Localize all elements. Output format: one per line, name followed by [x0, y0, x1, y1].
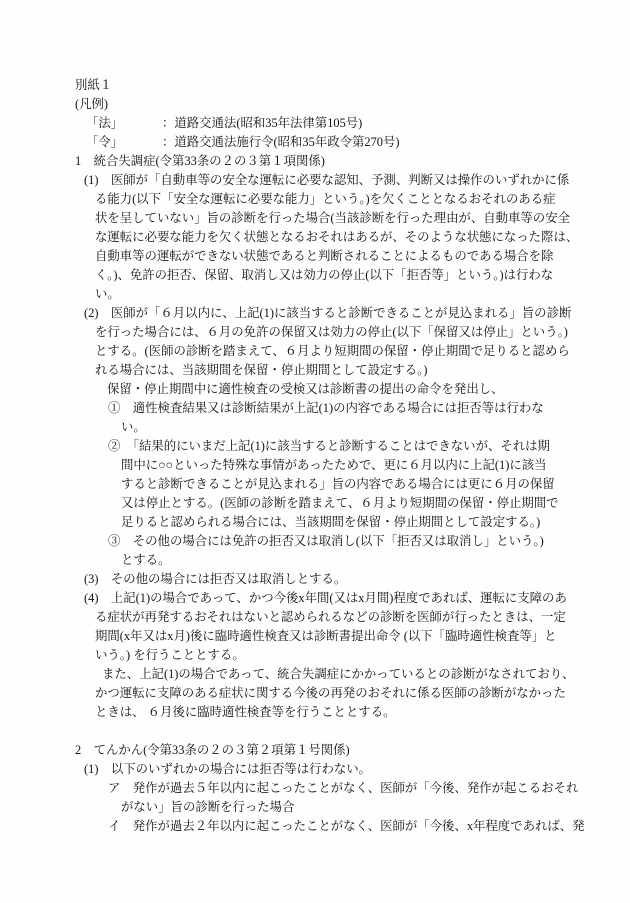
attachment-label: 別紙１	[75, 76, 575, 95]
text-line: とする。	[121, 551, 575, 570]
legend-def-rei: ：道路交通法施行令(昭和35年政令第270号)	[162, 135, 399, 149]
s2-item1-line: (1) 以下のいずれかの場合には拒否等は行わない。	[84, 760, 575, 779]
legend-row-law: 「法」：道路交通法(昭和35年法律第105号)	[86, 114, 575, 133]
s1-circle1-line: ① 適性検査結果又は診断結果が上記(1)の内容である場合には拒否等は行わな	[108, 399, 575, 418]
text-line: く。)、免許の拒否、保留、取消し又は効力の停止(以下「拒否等」という。)は行わな	[95, 266, 575, 285]
section2-heading: 2 てんかん(令第33条の２の３第２項第１号関係)	[75, 741, 575, 760]
s1-item3-line: (3) その他の場合には拒否又は取消しとする。	[84, 570, 575, 589]
text-line: 足りると認められる場合には、当該期間を保留・停止期間として設定する。)	[121, 513, 575, 532]
text-line: る能力(以下「安全な運転に必要な能力」という。)を欠くこととなるおそれのある症	[95, 190, 575, 209]
s1-circle3-line: ③ その他の場合には免許の拒否又は取消し(以下「拒否又は取消し」という。)	[108, 532, 575, 551]
document-page: 別紙１ (凡例) 「法」：道路交通法(昭和35年法律第105号) 「令」：道路交…	[0, 0, 630, 903]
text-line: すると診断できることが見込まれる」旨の内容である場合には更に６月の保留	[121, 475, 575, 494]
legend-term-rei: 「令」	[86, 133, 162, 152]
text-line: 状を呈していない」旨の診断を行った場合(当該診断を行った理由が、自動車等の安全	[95, 209, 575, 228]
s1-item2-line: (2) 医師が「６月以内に、上記(1)に該当すると診断できることが見込まれる」旨…	[84, 304, 575, 323]
legend-heading: (凡例)	[75, 95, 575, 114]
s2-sub-a-line: ア 発作が過去５年以内に起こったことがなく、医師が「今後、発作が起こるおそれ	[108, 779, 575, 798]
text-line: を行った場合には、６月の免許の保留又は効力の停止(以下「保留又は停止」という。)	[95, 323, 575, 342]
text-line: ときは、 ６月後に臨時適性検査等を行うこととする。	[95, 703, 575, 722]
text-line: い。	[95, 285, 575, 304]
legend-row-rei: 「令」：道路交通法施行令(昭和35年政令第270号)	[86, 133, 575, 152]
section1-heading: 1 統合失調症(令第33条の２の３第１項関係)	[75, 152, 575, 171]
text-line: いう。) を行うこととする。	[95, 646, 575, 665]
text-line: い。	[121, 418, 575, 437]
s1-item1-line: (1) 医師が「自動車等の安全な運転に必要な認知、予測、判断又は操作のいずれかに…	[84, 171, 575, 190]
text-line: な運転に必要な能力を欠く状態となるおそれはあるが、そのような状態になった際は、	[95, 228, 575, 247]
text-line: かつ運転に支障のある症状に関する今後の再発のおそれに係る医師の診断がなかった	[95, 684, 575, 703]
text-line: 間中に○○といった特殊な事情があったためで、更に６月以内に上記(1)に該当	[121, 456, 575, 475]
text-line: れる場合には、当該期間を保留・停止期間として設定する。)	[95, 361, 575, 380]
text-line: 自動車等の運転ができない状態であると判断されることによるものである場合を除	[95, 247, 575, 266]
s1-hold-order-line: 保留・停止期間中に適性検査の受検又は診断書の提出の命令を発出し、	[107, 380, 575, 399]
blank-line	[75, 722, 575, 741]
s1-item4-line: (4) 上記(1)の場合であって、かつ今後x年間(又はx月間)程度であれば、運転…	[84, 589, 575, 608]
s1-circle2-line: ② 「結果的にいまだ上記(1)に該当すると診断することはできないが、それは期	[108, 437, 575, 456]
legend-term-law: 「法」	[86, 114, 162, 133]
text-line: 期間(x年又はx月)後に臨時適性検査又は診断書提出命令 (以下「臨時適性検査等」…	[95, 627, 575, 646]
s1-item4-note-line: また、上記(1)の場合であって、統合失調症にかかっているとの診断がなされており、	[102, 665, 575, 684]
s2-sub-i-line: イ 発作が過去２年以内に起こったことがなく、医師が「今後、x年程度であれば、発	[108, 817, 575, 836]
text-line: がない」旨の診断を行った場合	[121, 798, 575, 817]
text-line: 又は停止とする。(医師の診断を踏まえて、６月より短期間の保留・停止期間で	[121, 494, 575, 513]
text-line: とする。(医師の診断を踏まえて、６月より短期間の保留・停止期間で足りると認めら	[95, 342, 575, 361]
legend-def-law: ：道路交通法(昭和35年法律第105号)	[162, 116, 362, 130]
text-line: る症状が再発するおそれはないと認められるなどの診断を医師が行ったときは、一定	[95, 608, 575, 627]
